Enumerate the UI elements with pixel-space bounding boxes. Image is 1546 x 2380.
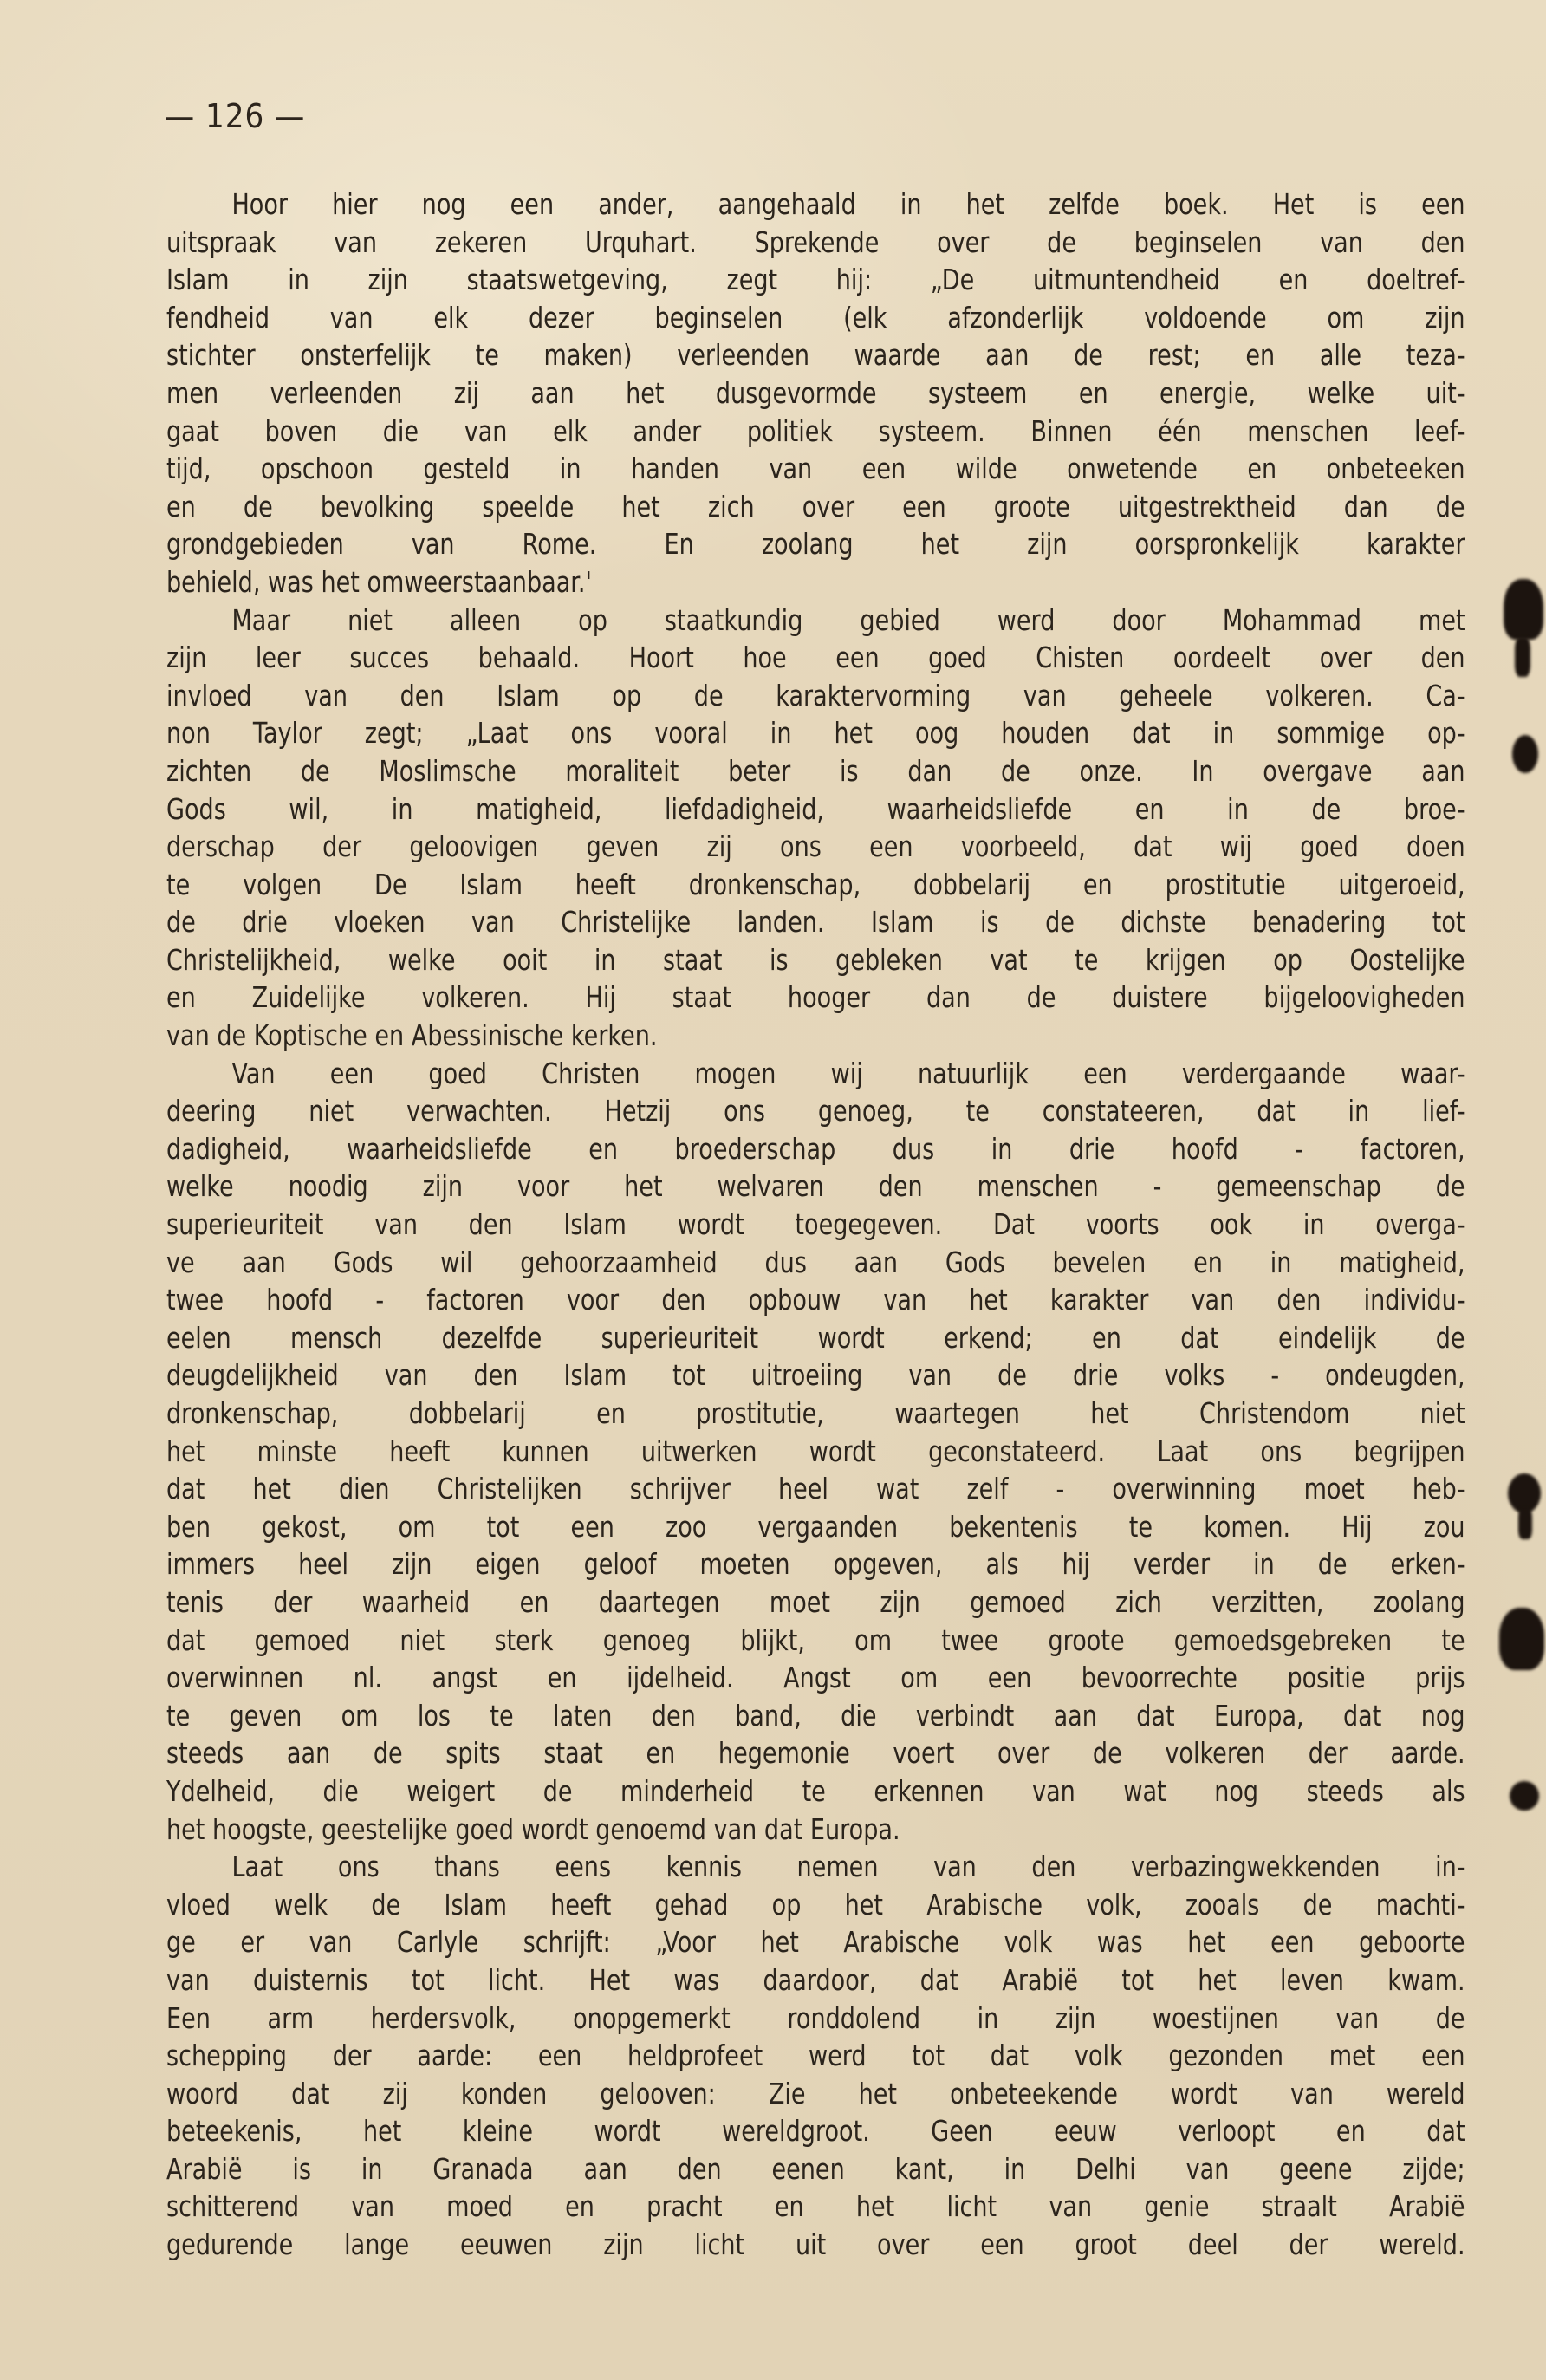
text-line: te geven om los te laten den band, die v… (166, 1697, 1465, 1735)
binding-hole-mark (1504, 579, 1543, 640)
text-line: woord dat zij konden gelooven: Zie het o… (166, 2075, 1465, 2113)
text-line: fendheid van elk dezer beginselen (elk a… (166, 299, 1465, 337)
text-line: Laat ons thans eens kennis nemen van den… (166, 1848, 1465, 1886)
document-body: Hoor hier nog een ander, aangehaald in h… (166, 185, 1465, 2264)
text-line: tenis der waarheid en daartegen moet zij… (166, 1583, 1465, 1622)
text-line: derschap der geloovigen geven zij ons ee… (166, 828, 1465, 866)
text-line: beteekenis, het kleine wordt wereldgroot… (166, 2112, 1465, 2150)
text-line: Maar niet alleen op staatkundig gebied w… (166, 602, 1465, 640)
text-line: van de Koptische en Abessinische kerken. (166, 1017, 1465, 1055)
paragraph-carlyle-quote: Laat ons thans eens kennis nemen van den… (166, 1848, 1465, 2264)
text-line: Christelijkheid, welke ooit in staat is … (166, 941, 1465, 979)
paragraph-urquhart-quote: Hoor hier nog een ander, aangehaald in h… (166, 185, 1465, 602)
text-line: eelen mensch dezelfde superieuriteit wor… (166, 1319, 1465, 1357)
text-line: grondgebieden van Rome. En zoolang het z… (166, 525, 1465, 563)
text-line: ge er van Carlyle schrijft: „Voor het Ar… (166, 1923, 1465, 1961)
text-line: schepping der aarde: een heldprofeet wer… (166, 2037, 1465, 2075)
text-line: Gods wil, in matigheid, liefdadigheid, w… (166, 790, 1465, 829)
text-line: non Taylor zegt; „Laat ons vooral in het… (166, 714, 1465, 752)
text-line: invloed van den Islam op de karaktervorm… (166, 677, 1465, 715)
text-line: uitspraak van zekeren Urquhart. Sprekend… (166, 224, 1465, 262)
text-line: ben gekost, om tot een zoo vergaanden be… (166, 1508, 1465, 1546)
binding-hole-mark (1499, 1608, 1544, 1670)
text-line: te volgen De Islam heeft dronkenschap, d… (166, 866, 1465, 904)
text-line: Islam in zijn staatswetgeving, zegt hij:… (166, 261, 1465, 299)
text-line: deugdelijkheid van den Islam tot uitroei… (166, 1356, 1465, 1395)
binding-hole-mark (1518, 1508, 1532, 1539)
text-line: superieuriteit van den Islam wordt toege… (166, 1206, 1465, 1244)
text-line: twee hoofd - factoren voor den opbouw va… (166, 1281, 1465, 1319)
text-line: Arabië is in Granada aan den eenen kant,… (166, 2150, 1465, 2188)
text-line: schitterend van moed en pracht en het li… (166, 2188, 1465, 2226)
paragraph-taylor-quote: Maar niet alleen op staatkundig gebied w… (166, 602, 1465, 1055)
text-line: behield, was het omweerstaanbaar.' (166, 563, 1465, 602)
text-line: gaat boven die van elk ander politiek sy… (166, 413, 1465, 451)
text-line: Een arm herdersvolk, onopgemerkt ronddol… (166, 2000, 1465, 2038)
binding-hole-mark (1510, 1781, 1539, 1811)
text-line: en de bevolking speelde het zich over ee… (166, 488, 1465, 526)
text-line: Van een goed Christen mogen wij natuurli… (166, 1055, 1465, 1093)
text-line: dadigheid, waarheidsliefde en broedersch… (166, 1130, 1465, 1168)
text-line: ve aan Gods wil gehoorzaamheid dus aan G… (166, 1244, 1465, 1282)
text-line: immers heel zijn eigen geloof moeten opg… (166, 1545, 1465, 1583)
text-line: dat het dien Christelijken schrijver hee… (166, 1470, 1465, 1508)
text-line: zichten de Moslimsche moraliteit beter i… (166, 752, 1465, 790)
text-line: vloed welk de Islam heeft gehad op het A… (166, 1886, 1465, 1924)
text-line: welke noodig zijn voor het welvaren den … (166, 1167, 1465, 1206)
text-line: overwinnen nl. angst en ijdelheid. Angst… (166, 1659, 1465, 1697)
text-line: gedurende lange eeuwen zijn licht uit ov… (166, 2226, 1465, 2264)
text-line: de drie vloeken van Christelijke landen.… (166, 903, 1465, 941)
text-line: en Zuidelijke volkeren. Hij staat hooger… (166, 979, 1465, 1017)
text-line: het hoogste, geestelijke goed wordt geno… (166, 1811, 1465, 1849)
binding-hole-mark (1512, 735, 1538, 773)
binding-hole-mark (1515, 637, 1530, 677)
text-line: men verleenden zij aan het dusgevormde s… (166, 374, 1465, 413)
text-line: Ydelheid, die weigert de minderheid te e… (166, 1772, 1465, 1811)
text-line: tijd, opschoon gesteld in handen van een… (166, 450, 1465, 488)
text-line: het minste heeft kunnen uitwerken wordt … (166, 1433, 1465, 1471)
text-line: stichter onsterfelijk te maken) verleend… (166, 336, 1465, 374)
page-number: — 126 — (165, 97, 305, 135)
text-line: deering niet verwachten. Hetzij ons geno… (166, 1092, 1465, 1130)
text-line: dat gemoed niet sterk genoeg blijkt, om … (166, 1622, 1465, 1660)
text-line: Hoor hier nog een ander, aangehaald in h… (166, 185, 1465, 224)
text-line: van duisternis tot licht. Het was daardo… (166, 1961, 1465, 2000)
text-line: steeds aan de spits staat en hegemonie v… (166, 1734, 1465, 1772)
paragraph-christian-view: Van een goed Christen mogen wij natuurli… (166, 1055, 1465, 1848)
text-line: zijn leer succes behaald. Hoort hoe een … (166, 639, 1465, 677)
text-line: dronkenschap, dobbelarij en prostitutie,… (166, 1395, 1465, 1433)
